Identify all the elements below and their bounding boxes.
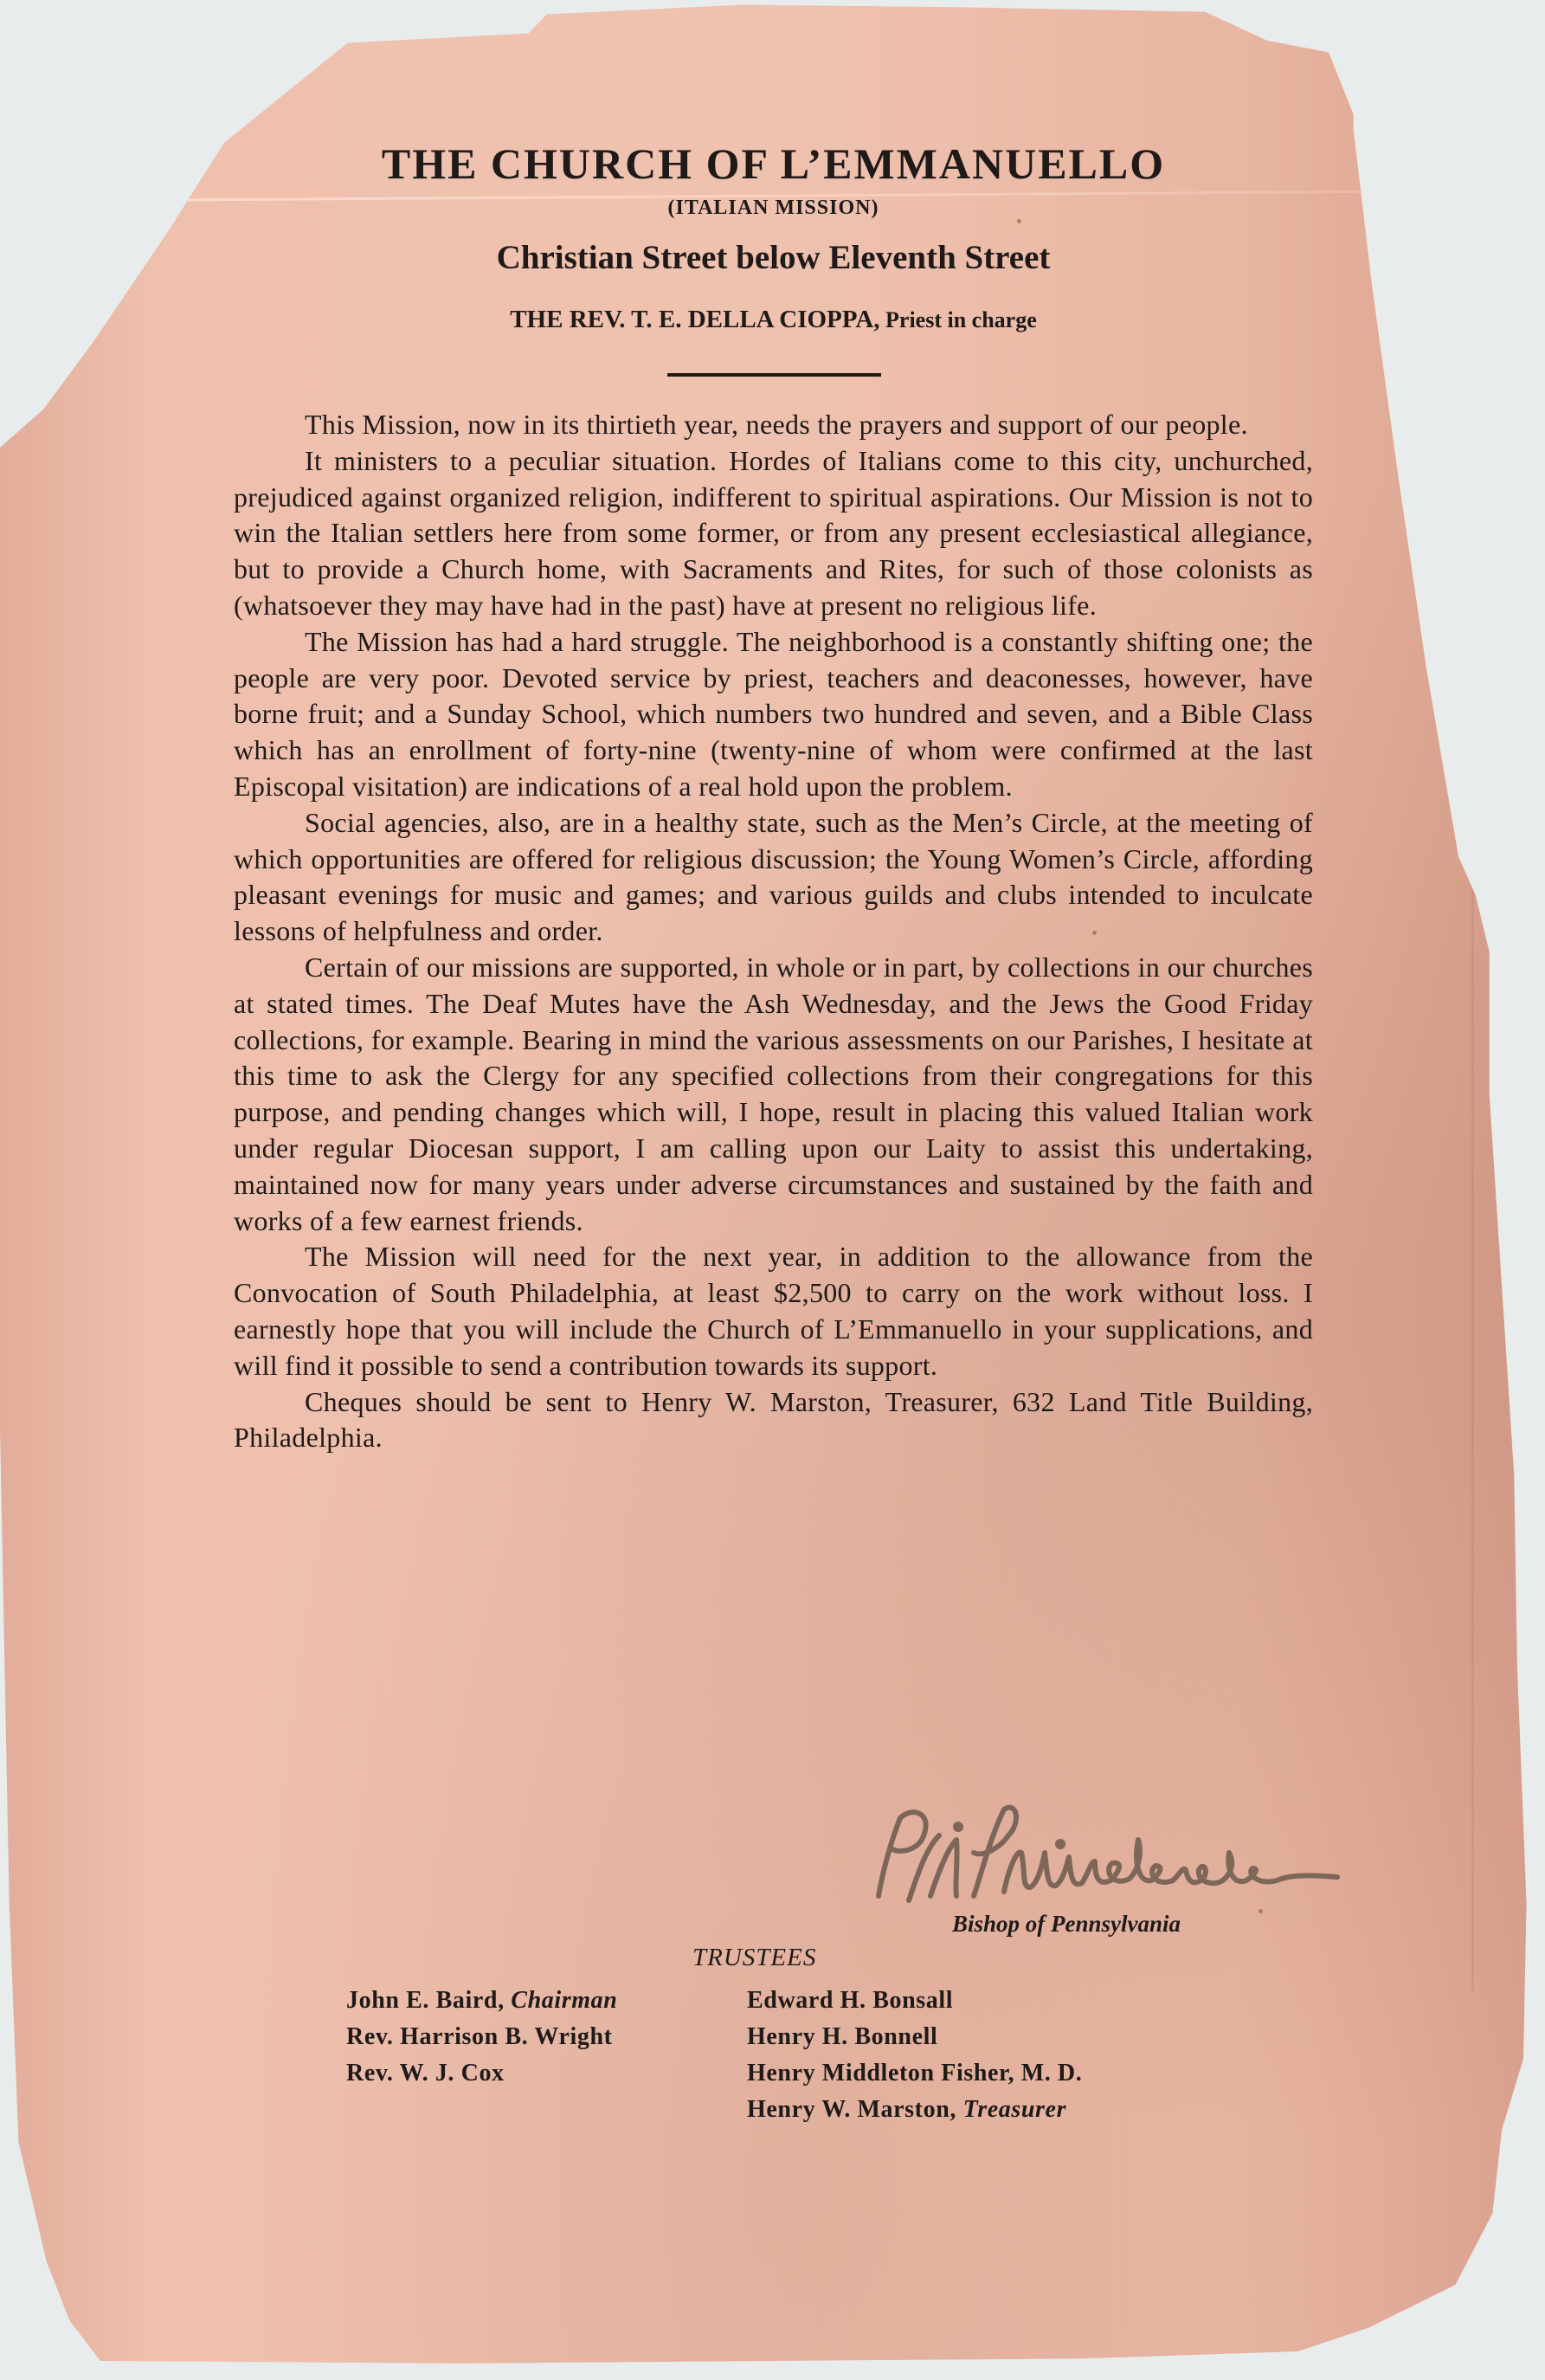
trustee-entry: Edward H. Bonsall [747,1983,1082,2019]
paper-fold-crease-vertical [1471,260,1474,1991]
paragraph: The Mission has had a hard struggle. The… [234,624,1313,805]
trustee-name: Rev. W. J. Cox [346,2060,505,2087]
paragraph: It ministers to a peculiar situation. Ho… [234,443,1313,624]
trustee-name: Rev. Harrison B. Wright [346,2023,613,2050]
trustee-entry: Henry W. Marston, Treasurer [747,2092,1082,2128]
paragraph: Social agencies, also, are in a healthy … [234,805,1313,950]
trustee-name: Henry Middleton Fisher, M. D. [747,2060,1082,2087]
bishop-title: Bishop of Pennsylvania [952,1911,1181,1938]
paragraph: Certain of our missions are supported, i… [234,950,1313,1239]
trustee-entry: Rev. W. J. Cox [346,2055,617,2092]
church-title: THE CHURCH OF L’EMMANUELLO [234,139,1313,189]
trustees-right-column: Edward H. Bonsall Henry H. Bonnell Henry… [747,1983,1082,2128]
mission-subtitle: (ITALIAN MISSION) [234,197,1313,220]
trustee-role: Chairman [505,1987,618,2014]
trustee-role: Treasurer [956,2096,1066,2123]
trustees-heading: TRUSTEES [692,1944,816,1972]
trustee-name: Edward H. Bonsall [747,1987,953,2014]
trustee-entry: John E. Baird, Chairman [346,1983,617,2019]
letter-body: This Mission, now in its thirtieth year,… [234,407,1313,1456]
trustee-entry: Rev. Harrison B. Wright [346,2019,617,2055]
paragraph: Cheques should be sent to Henry W. Marst… [234,1384,1313,1457]
trustee-entry: Henry Middleton Fisher, M. D. [747,2055,1082,2092]
priest-name: THE REV. T. E. DELLA CIOPPA, [510,306,879,333]
handwritten-signature-icon [853,1801,1372,1913]
priest-role: Priest in charge [880,307,1037,332]
trustee-name: Henry W. Marston, [747,2096,956,2123]
paragraph: This Mission, now in its thirtieth year,… [234,407,1313,443]
letter-paper: THE CHURCH OF L’EMMANUELLO (ITALIAN MISS… [0,0,1545,2380]
trustee-name: Henry H. Bonnell [747,2023,937,2050]
trustee-name: John E. Baird, [346,1987,505,2014]
trustees-left-column: John E. Baird, Chairman Rev. Harrison B.… [346,1983,617,2092]
paper-speck [52,121,56,126]
priest-line: THE REV. T. E. DELLA CIOPPA, Priest in c… [234,306,1313,334]
paragraph: The Mission will need for the next year,… [234,1239,1313,1383]
church-address: Christian Street below Eleventh Street [234,238,1313,277]
trustee-entry: Henry H. Bonnell [747,2019,1082,2055]
header-divider [667,373,881,377]
